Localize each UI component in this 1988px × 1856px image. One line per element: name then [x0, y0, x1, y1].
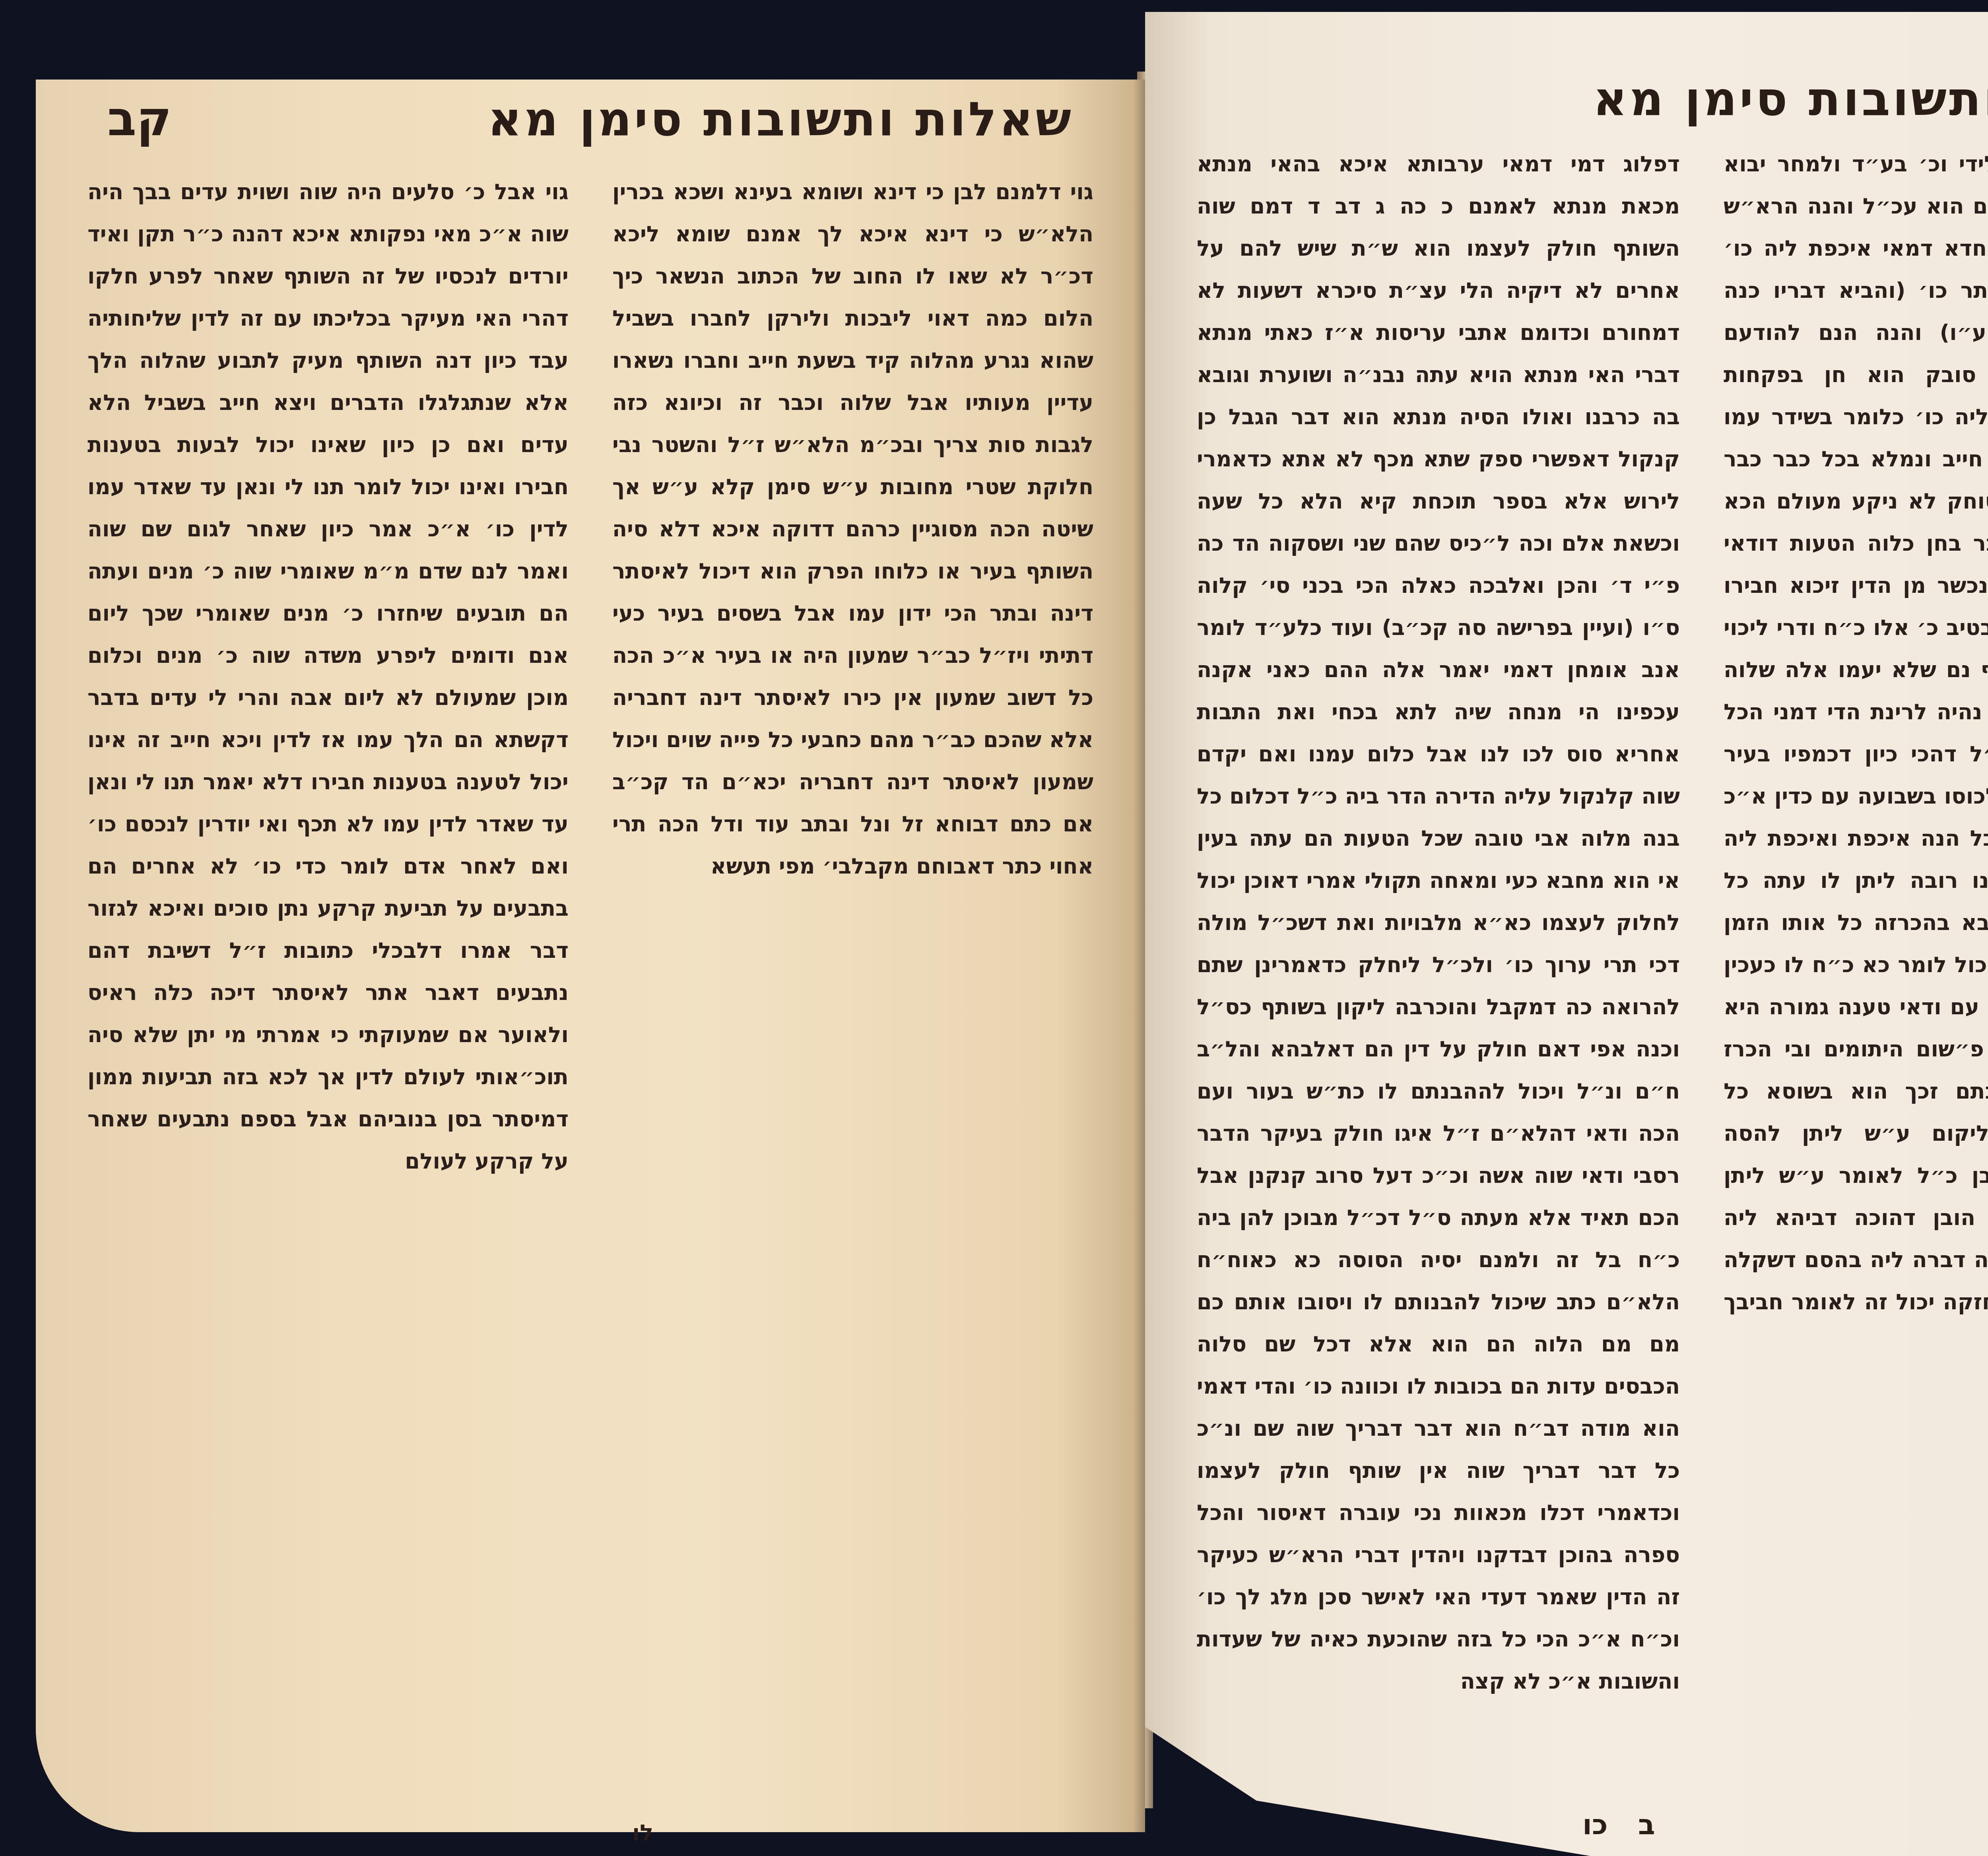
right-page-columns: בהגהה שהרי שמון כלידי וכ׳ בע״ד ולמחר יבו…	[1197, 143, 1988, 1753]
left-page-header: שאלות ותשובות סימן מא קב	[36, 91, 1145, 147]
right-page-header: שאלות ותשובות סימן מא	[1145, 72, 1988, 126]
right-page-column-left: דפלוג דמי דמאי ערבותא איכא בהאי מנתא מכא…	[1197, 143, 1680, 1753]
left-page: שאלות ותשובות סימן מא קב גוי דלמנם לבן כ…	[36, 80, 1145, 1832]
page-edge-shadow	[1133, 80, 1145, 1832]
column-text: גוי אבל כ׳ סלעים היה שוה ושוית עדים בבך …	[87, 171, 569, 1182]
right-page: שאלות ותשובות סימן מא בהגהה שהרי שמון כל…	[1145, 12, 1988, 1856]
left-running-head: שאלות ותשובות סימן מא	[488, 92, 1074, 147]
column-text: דפלוג דמי דמאי ערבותא איכא בהאי מנתא מכא…	[1197, 143, 1680, 1703]
right-page-column-right: בהגהה שהרי שמון כלידי וכ׳ בע״ד ולמחר יבו…	[1724, 143, 1988, 1753]
folio-number: קב	[107, 91, 172, 147]
right-running-head: שאלות ותשובות סימן מא	[1593, 72, 1988, 126]
left-page-column-right: גוי דלמנם לבן כי דינא ושומא בעינא ושכא ב…	[612, 171, 1093, 1784]
signature-mark: ב	[1638, 1808, 1655, 1841]
catchword: לו	[632, 1820, 653, 1846]
left-page-column-left: גוי אבל כ׳ סלעים היה שוה ושוית עדים בבך …	[87, 171, 569, 1784]
left-page-columns: גוי דלמנם לבן כי דינא ושומא בעינא ושכא ב…	[87, 171, 1093, 1784]
signature-number: כו	[1582, 1808, 1608, 1841]
column-text: גוי דלמנם לבן כי דינא ושומא בעינא ושכא ב…	[612, 171, 1093, 887]
column-text: בהגהה שהרי שמון כלידי וכ׳ בע״ד ולמחר יבו…	[1724, 143, 1988, 1365]
